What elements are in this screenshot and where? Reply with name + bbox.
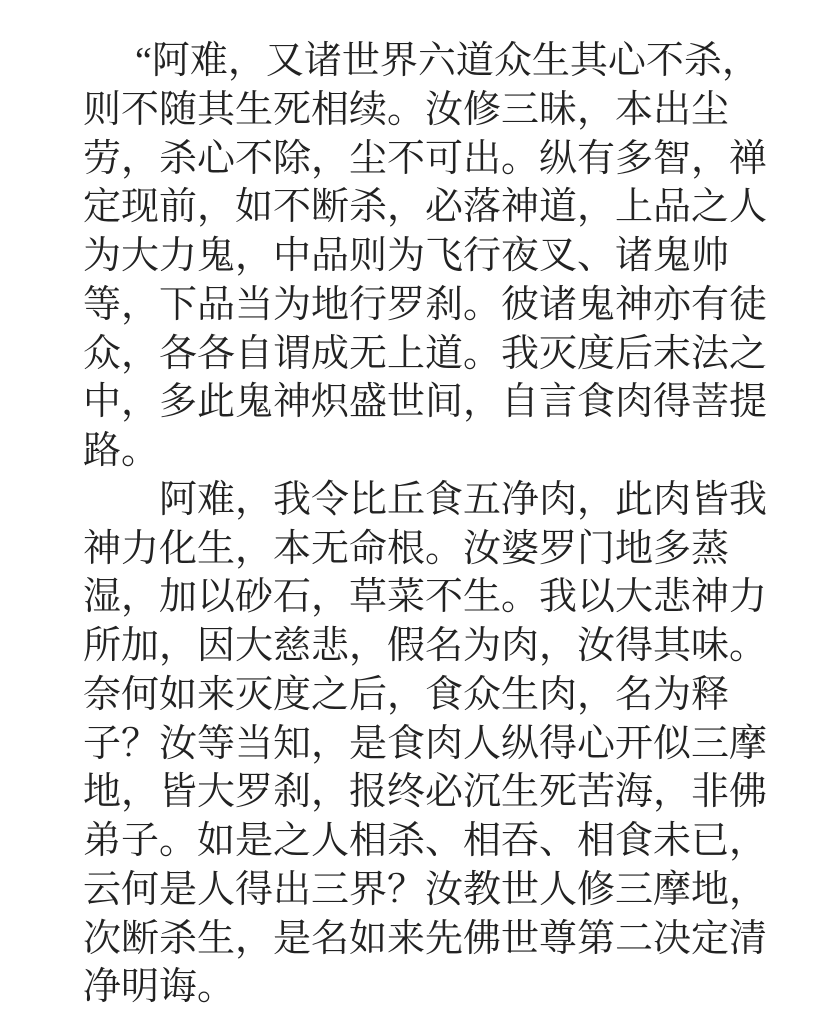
document-body: “阿难，又诸世界六道众生其心不杀，则不随其生死相续。汝修三昧，本出尘劳，杀心不除… — [83, 37, 760, 1012]
paragraph-2: 阿难，我令比丘食五净肉，此肉皆我神力化生，本无命根。汝婆罗门地多蒸湿，加以砂石，… — [83, 476, 760, 1012]
text-line: 等，下品当为地行罗刹。彼诸鬼神亦有徒 — [83, 281, 760, 330]
text-line: 所加，因大慈悲，假名为肉，汝得其味。 — [83, 622, 760, 671]
text-line: 劳，杀心不除，尘不可出。纵有多智，禅 — [83, 135, 760, 184]
text-line: 阿难，我令比丘食五净肉，此肉皆我 — [83, 476, 760, 525]
text-line: 子？汝等当知，是食肉人纵得心开似三摩 — [83, 720, 760, 769]
text-line: 为大力鬼，中品则为飞行夜叉、诸鬼帅 — [83, 232, 760, 281]
text-line: 定现前，如不断杀，必落神道，上品之人 — [83, 183, 760, 232]
text-line: 次断杀生，是名如来先佛世尊第二决定清 — [83, 915, 760, 964]
paragraph-1: “阿难，又诸世界六道众生其心不杀，则不随其生死相续。汝修三昧，本出尘劳，杀心不除… — [83, 37, 760, 476]
text-line: 云何是人得出三界？汝教世人修三摩地， — [83, 866, 760, 915]
text-line: 则不随其生死相续。汝修三昧，本出尘 — [83, 86, 760, 135]
text-line: 中，多此鬼神炽盛世间，自言食肉得菩提 — [83, 378, 760, 427]
text-line: 路。 — [83, 427, 760, 476]
text-line: 地，皆大罗刹，报终必沉生死苦海，非佛 — [83, 768, 760, 817]
text-line: 神力化生，本无命根。汝婆罗门地多蒸 — [83, 525, 760, 574]
text-line: “阿难，又诸世界六道众生其心不杀， — [83, 37, 760, 86]
document-page: “阿难，又诸世界六道众生其心不杀，则不随其生死相续。汝修三昧，本出尘劳，杀心不除… — [0, 0, 815, 1024]
text-line: 净明诲。 — [83, 963, 760, 1012]
text-line: 众，各各自谓成无上道。我灭度后末法之 — [83, 330, 760, 379]
text-line: 湿，加以砂石，草菜不生。我以大悲神力 — [83, 573, 760, 622]
text-line: 弟子。如是之人相杀、相吞、相食未已， — [83, 817, 760, 866]
text-line: 奈何如来灭度之后，食众生肉，名为释 — [83, 671, 760, 720]
